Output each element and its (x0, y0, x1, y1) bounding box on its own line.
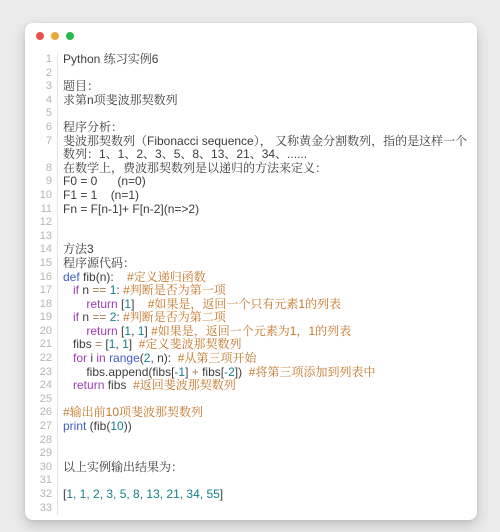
code-token-plain: 程序分析： (63, 120, 123, 134)
code-token-number: 10 (110, 419, 123, 433)
code-token-plain: fibs.append(fibs[ (63, 365, 174, 379)
line-content (58, 230, 477, 244)
line-content: 程序源代码： (58, 257, 477, 271)
line-number: 11 (25, 203, 58, 217)
code-token-plain: 题目： (63, 79, 99, 93)
code-token-plain (63, 378, 73, 392)
line-number: 27 (25, 420, 58, 434)
code-line: 17 if n == 1: #判断是否为第一项 (25, 284, 477, 298)
code-token-keyword: return (86, 297, 117, 311)
code-token-plain (63, 310, 73, 324)
code-line: 14方法3 (25, 243, 477, 257)
line-number: 33 (25, 502, 58, 516)
line-number: 2 (25, 67, 58, 81)
code-token-builtin: print (63, 419, 86, 433)
code-token-comment: #将第三项添加到列表中 (249, 365, 376, 379)
code-token-plain: n (79, 283, 92, 297)
code-line: 31 (25, 474, 477, 488)
line-content: 以上实例输出结果为： (58, 461, 477, 475)
code-token-keyword: in (96, 351, 105, 365)
code-token-plain: Fn = F[n-1]+ F[n-2](n=>2) (63, 202, 199, 216)
line-content: 求第n项斐波那契数列 (58, 94, 477, 108)
line-content: F1 = 1 (n=1) (58, 189, 477, 203)
code-line: 5 (25, 107, 477, 121)
code-token-plain: )) (124, 419, 132, 433)
line-content: Python 练习实例6 (58, 53, 477, 67)
code-line: 15程序源代码： (25, 257, 477, 271)
code-token-plain: ] (185, 365, 192, 379)
code-token-comment: #定义递归函数 (127, 270, 206, 284)
line-number: 8 (25, 162, 58, 176)
code-line: 10F1 = 1 (n=1) (25, 189, 477, 203)
line-number: 26 (25, 406, 58, 420)
line-content: 题目： (58, 80, 477, 94)
line-number: 20 (25, 325, 58, 339)
code-token-keyword: return (86, 324, 117, 338)
line-number: 29 (25, 447, 58, 461)
code-token-operator: + (192, 365, 199, 379)
code-token-plain: fib(n): (80, 270, 127, 284)
line-content: 斐波那契数列（Fibonacci sequence）， 又称黄金分割数列，指的是… (58, 135, 477, 162)
code-token-operator: = (95, 337, 102, 351)
code-token-comment: #判断是否为第一项 (123, 283, 226, 297)
code-lines: 1Python 练习实例62 3题目：4求第n项斐波那契数列5 6程序分析：7斐… (25, 49, 477, 515)
window-titlebar (25, 23, 477, 49)
code-line: 2 (25, 67, 477, 81)
code-line: 33 (25, 502, 477, 516)
code-token-plain: n (79, 310, 92, 324)
code-token-plain: 程序源代码： (63, 256, 135, 270)
code-line: 11Fn = F[n-1]+ F[n-2](n=>2) (25, 203, 477, 217)
line-number: 1 (25, 53, 58, 67)
line-content: #输出前10项斐波那契数列 (58, 406, 477, 420)
code-token-plain (63, 351, 73, 365)
line-number: 10 (25, 189, 58, 203)
code-token-plain: fibs[ (199, 365, 224, 379)
line-number: 24 (25, 379, 58, 393)
code-token-builtin: def (63, 270, 80, 284)
line-content (58, 67, 477, 81)
code-token-number: -2 (224, 365, 235, 379)
line-content: 程序分析： (58, 121, 477, 135)
page-background: 1Python 练习实例62 3题目：4求第n项斐波那契数列5 6程序分析：7斐… (0, 0, 500, 532)
code-line: 4求第n项斐波那契数列 (25, 94, 477, 108)
code-token-plain (63, 324, 86, 338)
code-line: 28 (25, 434, 477, 448)
line-number: 5 (25, 107, 58, 121)
code-line: 30以上实例输出结果为： (25, 461, 477, 475)
code-token-plain (63, 283, 73, 297)
line-number: 15 (25, 257, 58, 271)
code-token-plain: 在数学上，费波那契数列是以递归的方法来定义： (63, 161, 327, 175)
line-content (58, 107, 477, 121)
code-token-operator: == (92, 283, 106, 297)
line-content: print (fib(10)) (58, 420, 477, 434)
code-line: 22 for i in range(2, n): #从第三项开始 (25, 352, 477, 366)
line-content (58, 447, 477, 461)
code-token-plain: ] (131, 297, 148, 311)
code-token-number: -1 (174, 365, 185, 379)
code-token-plain: 方法3 (63, 242, 94, 256)
line-number: 9 (25, 175, 58, 189)
line-content: Fn = F[n-1]+ F[n-2](n=>2) (58, 203, 477, 217)
line-number: 23 (25, 366, 58, 380)
line-number: 16 (25, 271, 58, 285)
code-token-comment: #从第三项开始 (178, 351, 257, 365)
line-number: 30 (25, 461, 58, 475)
code-token-plain: Python 练习实例6 (63, 52, 158, 66)
line-content: [1, 1, 2, 3, 5, 8, 13, 21, 34, 55] (58, 488, 477, 502)
line-number: 32 (25, 488, 58, 502)
line-content: if n == 2: #判断是否为第二项 (58, 311, 477, 325)
line-number: 22 (25, 352, 58, 366)
code-token-plain: [ (102, 337, 109, 351)
code-token-builtin: range (109, 351, 140, 365)
code-line: 29 (25, 447, 477, 461)
minimize-button[interactable] (51, 32, 59, 40)
code-line: 27print (fib(10)) (25, 420, 477, 434)
line-content (58, 434, 477, 448)
close-button[interactable] (36, 32, 44, 40)
zoom-button[interactable] (66, 32, 74, 40)
line-number: 6 (25, 121, 58, 135)
line-number: 14 (25, 243, 58, 257)
code-token-plain: F0 = 0 (n=0) (63, 174, 146, 188)
code-token-plain: ]) (235, 365, 249, 379)
line-content: for i in range(2, n): #从第三项开始 (58, 352, 477, 366)
code-token-number: 1 (122, 337, 129, 351)
code-line: 24 return fibs #返回斐波那契数列 (25, 379, 477, 393)
line-number: 7 (25, 135, 58, 162)
line-content (58, 474, 477, 488)
code-token-plain: fibs (104, 378, 133, 392)
code-line: 19 if n == 2: #判断是否为第二项 (25, 311, 477, 325)
code-token-comment: #如果是，返回一个只有元素1的列表 (148, 297, 341, 311)
code-token-plain: (fib( (86, 419, 110, 433)
code-token-plain: ] (129, 337, 139, 351)
code-token-comment: #返回斐波那契数列 (133, 378, 236, 392)
code-token-comment: #判断是否为第二项 (123, 310, 226, 324)
code-token-keyword: for (73, 351, 87, 365)
line-content: 方法3 (58, 243, 477, 257)
code-token-number: 1, 1, 2, 3, 5, 8, 13, 21, 34, 55 (66, 487, 219, 501)
line-content (58, 216, 477, 230)
line-content: if n == 1: #判断是否为第一项 (58, 284, 477, 298)
code-token-plain: 以上实例输出结果为： (63, 460, 183, 474)
code-token-plain: 斐波那契数列（Fibonacci sequence）， 又称黄金分割数列，指的是… (63, 134, 467, 162)
line-content: F0 = 0 (n=0) (58, 175, 477, 189)
line-number: 13 (25, 230, 58, 244)
code-line: 1Python 练习实例6 (25, 53, 477, 67)
code-token-plain: i (87, 351, 96, 365)
code-line: 8在数学上，费波那契数列是以递归的方法来定义： (25, 162, 477, 176)
code-token-plain: , n): (150, 351, 177, 365)
code-token-comment: #如果是，返回一个元素为1，1的列表 (151, 324, 351, 338)
line-number: 31 (25, 474, 58, 488)
code-line: 3题目： (25, 80, 477, 94)
line-number: 21 (25, 338, 58, 352)
code-line: 32[1, 1, 2, 3, 5, 8, 13, 21, 34, 55] (25, 488, 477, 502)
line-number: 19 (25, 311, 58, 325)
code-token-plain: fibs (63, 337, 95, 351)
line-number: 28 (25, 434, 58, 448)
code-line: 9F0 = 0 (n=0) (25, 175, 477, 189)
code-line: 6程序分析： (25, 121, 477, 135)
line-content (58, 502, 477, 516)
code-token-plain (63, 297, 86, 311)
code-token-comment: #定义斐波那契数列 (139, 337, 242, 351)
line-number: 25 (25, 393, 58, 407)
line-number: 12 (25, 216, 58, 230)
code-token-comment: #输出前10项斐波那契数列 (63, 405, 203, 419)
code-line: 26#输出前10项斐波那契数列 (25, 406, 477, 420)
line-content: 在数学上，费波那契数列是以递归的方法来定义： (58, 162, 477, 176)
code-line: 7斐波那契数列（Fibonacci sequence）， 又称黄金分割数列，指的… (25, 135, 477, 162)
line-number: 18 (25, 298, 58, 312)
code-token-keyword: return (73, 378, 104, 392)
line-number: 4 (25, 94, 58, 108)
line-content: return fibs #返回斐波那契数列 (58, 379, 477, 393)
code-line: 12 (25, 216, 477, 230)
code-token-plain: ] (220, 487, 223, 501)
code-token-plain: 求第n项斐波那契数列 (63, 93, 178, 107)
line-number: 3 (25, 80, 58, 94)
line-number: 17 (25, 284, 58, 298)
code-token-plain: F1 = 1 (n=1) (63, 188, 139, 202)
code-token-operator: == (92, 310, 106, 324)
code-token-plain: , (131, 324, 138, 338)
code-window: 1Python 练习实例62 3题目：4求第n项斐波那契数列5 6程序分析：7斐… (25, 23, 477, 520)
